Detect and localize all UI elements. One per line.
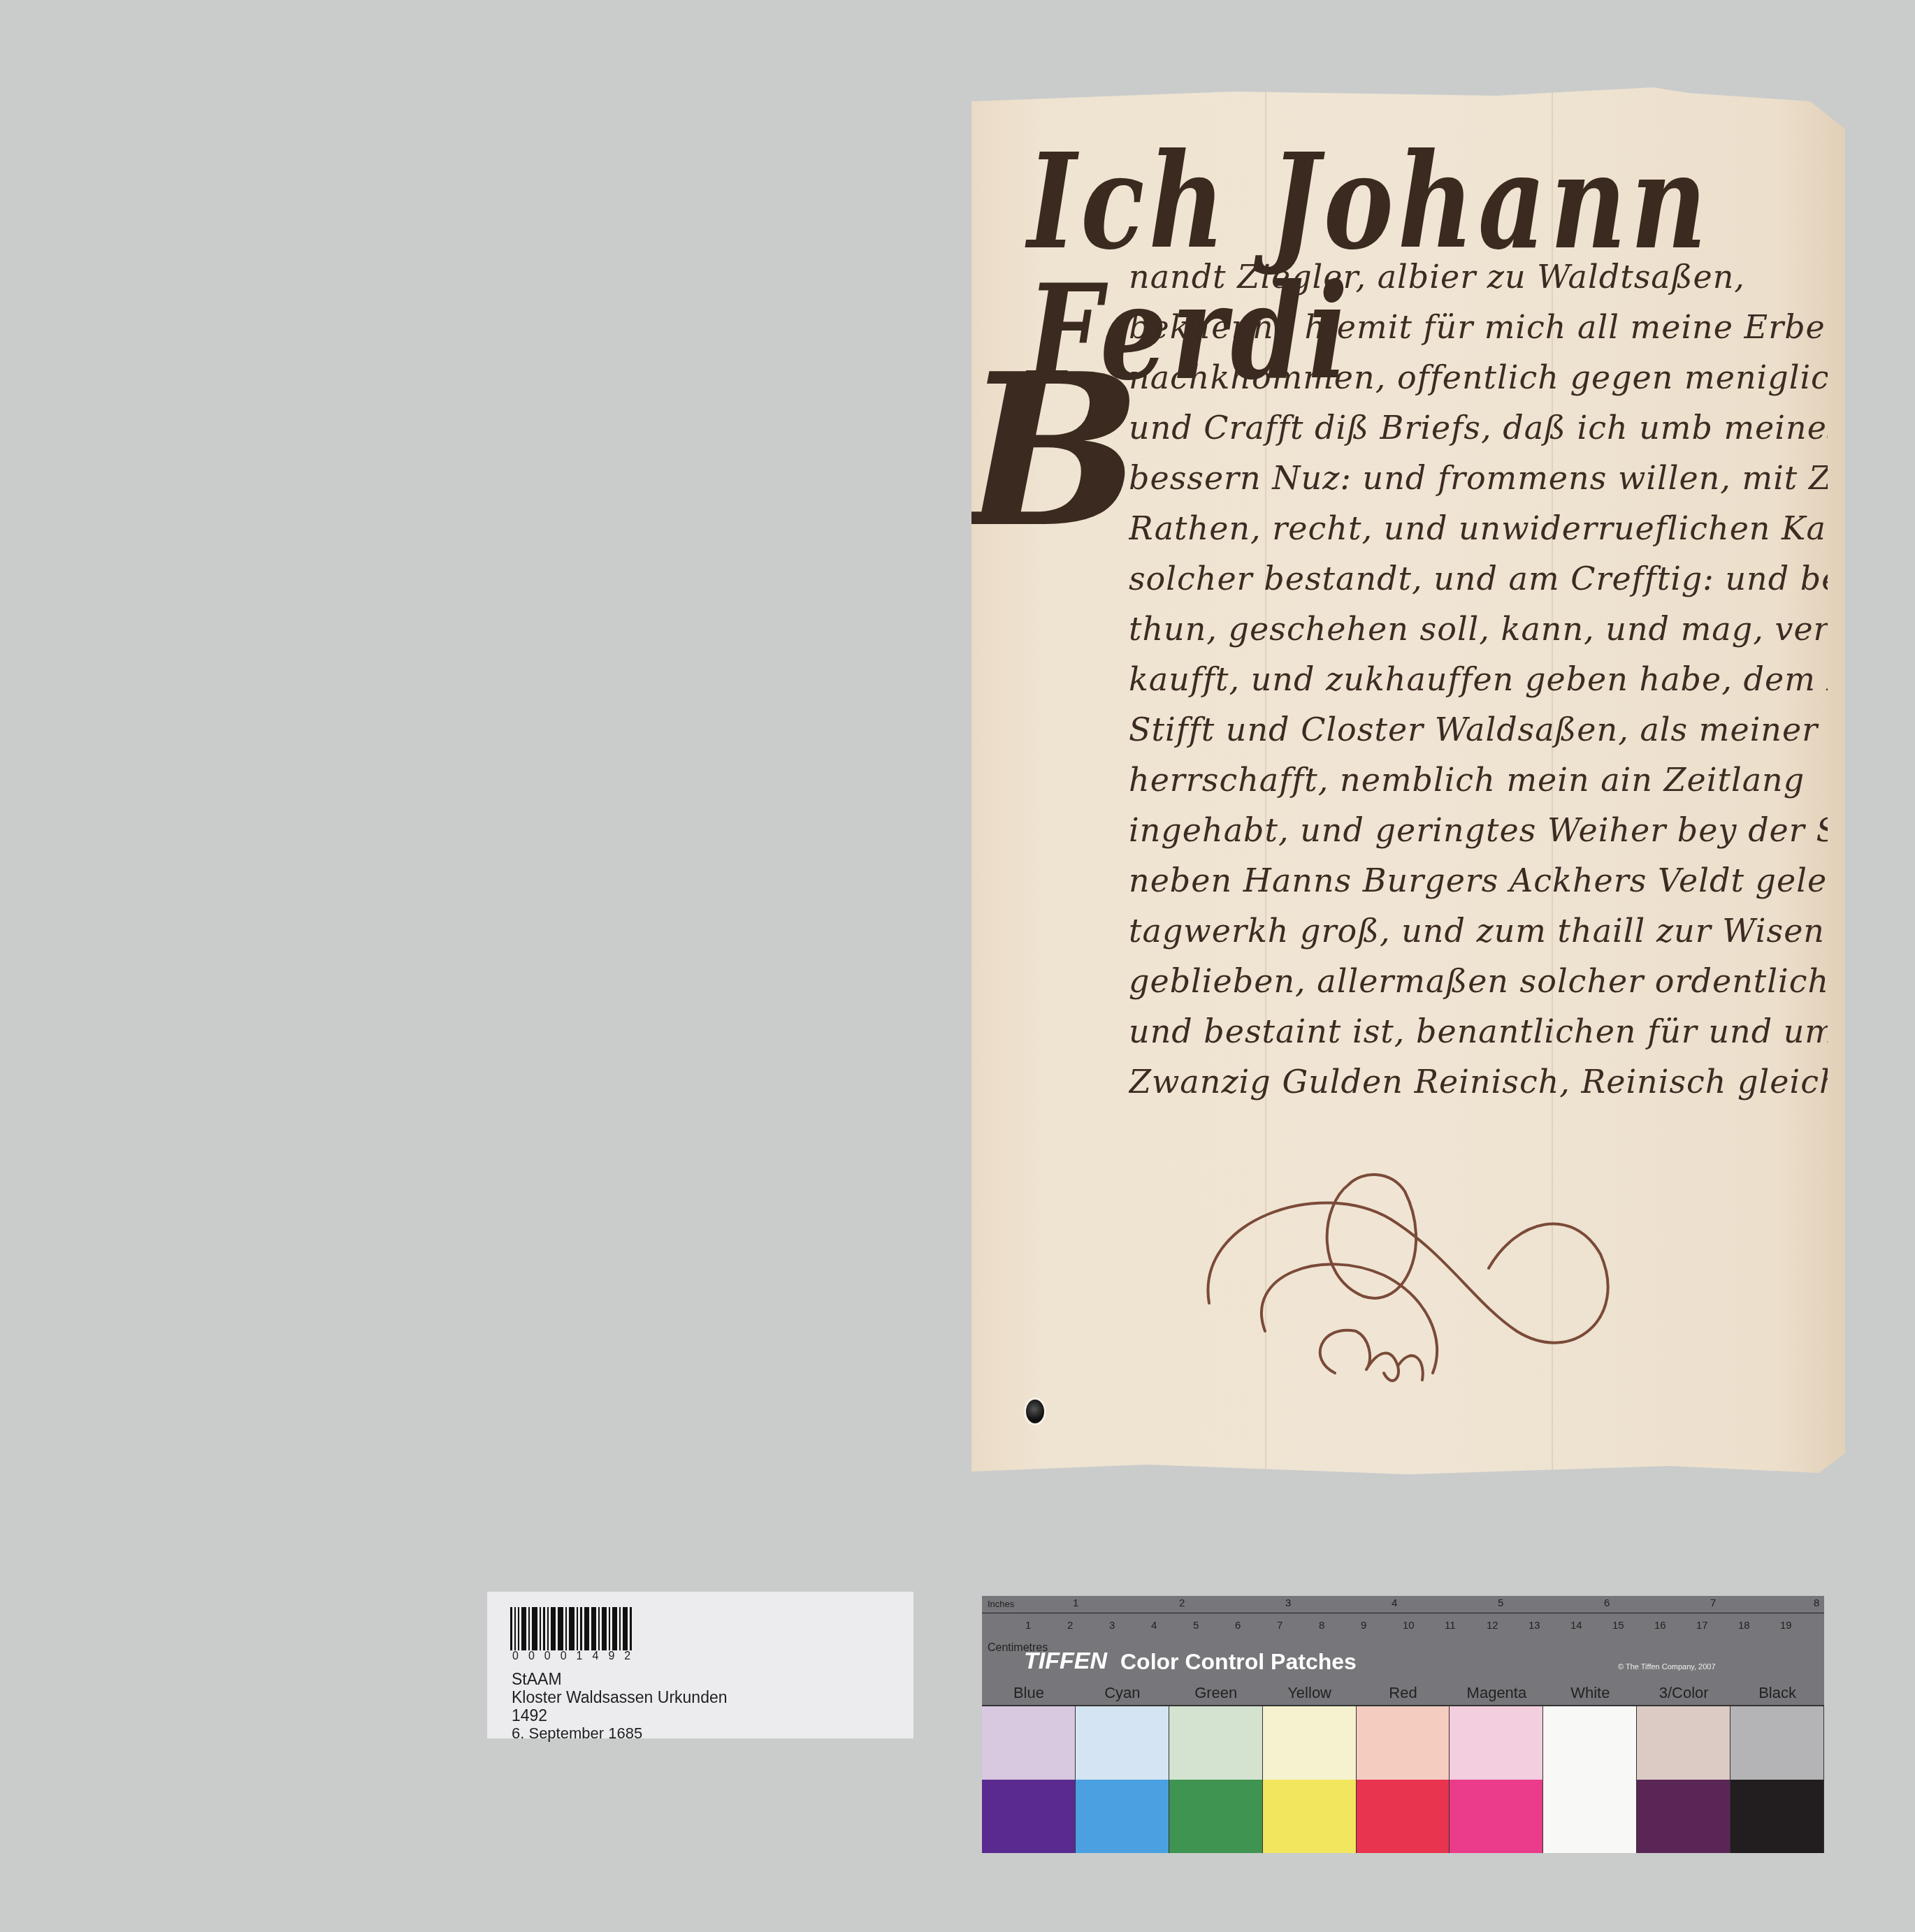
archive-label: 00001492 StAAM Kloster Waldsassen Urkund… [487,1592,913,1738]
color-control-chart: Inches 1 2 3 4 5 6 7 8 1 2 3 4 5 6 7 8 9… [982,1596,1824,1852]
patch-column-green [1169,1706,1263,1853]
patch-label: Magenta [1450,1684,1543,1702]
manuscript-line: nachkhommen, offentlich gegen meniglich … [1129,352,1828,402]
dark-patch [1730,1780,1823,1853]
document-number: 1492 [512,1706,547,1725]
manuscript-line: bekhenne hiemit für mich all meine Erben… [1129,302,1828,352]
light-patch [1730,1706,1823,1780]
light-patch [1169,1706,1262,1780]
light-patch [1357,1706,1450,1780]
manuscript-line: Rathen, recht, und unwiderrueflichen Kau… [1129,503,1828,553]
punch-hole [1024,1397,1046,1425]
dark-patch [1263,1780,1356,1853]
manuscript-body: nandt Ziegler, albier zu Waldtsaßen, bek… [1129,252,1828,1107]
manuscript-line: bessern Nuz: und frommens willen, mit Ze… [1129,453,1828,503]
dark-patch [982,1780,1075,1853]
light-patch [1450,1706,1542,1780]
patch-column-cyan [1076,1706,1169,1853]
manuscript-line: Stifft und Closter Waldsaßen, als meiner… [1129,704,1828,755]
manuscript-line: nandt Ziegler, albier zu Waldtsaßen, [1129,252,1828,302]
chart-title: Color Control Patches [1120,1649,1357,1675]
light-patch [1076,1706,1169,1780]
dark-patch [1357,1780,1450,1853]
patch-label: Cyan [1076,1684,1169,1702]
manuscript-line: und bestaint ist, benantlichen für und u… [1129,1006,1828,1056]
document-date: 6. September 1685 [512,1724,642,1743]
manuscript-line: ingehabt, und geringtes Weiher bey der S… [1129,805,1828,855]
inches-label: Inches [988,1599,1014,1609]
manuscript-line: tagwerkh groß, und zum thaill zur Wisen … [1129,906,1828,956]
barcode-number: 00001492 [512,1650,640,1663]
archive-name: StAAM [512,1670,562,1689]
manuscript-line: geblieben, allermaßen solcher ordentlich… [1129,956,1828,1006]
ruler: Inches 1 2 3 4 5 6 7 8 1 2 3 4 5 6 7 8 9… [982,1596,1824,1645]
light-patch [1543,1706,1636,1780]
collection-name: Kloster Waldsassen Urkunden [512,1688,728,1707]
dark-patch [1637,1780,1730,1853]
patch-column-red [1357,1706,1450,1853]
patch-column-yellow [1263,1706,1357,1853]
signature-flourish-icon [1181,1163,1670,1394]
dark-patch [1543,1780,1636,1853]
dark-patch [1169,1780,1262,1853]
manuscript-line: Zwanzig Gulden Reinisch, Reinisch gleich… [1129,1056,1828,1107]
patch-column-blue [982,1706,1076,1853]
patch-column-white [1543,1706,1637,1853]
color-patches [982,1705,1824,1853]
patch-column-black [1730,1706,1824,1853]
manuscript-line: neben Hanns Burgers Ackhers Veldt gelege… [1129,855,1828,906]
patch-label: Green [1169,1684,1263,1702]
light-patch [1263,1706,1356,1780]
patch-column-3-color [1637,1706,1730,1853]
patch-label: Blue [982,1684,1076,1702]
patch-labels: Blue Cyan Green Yellow Red Magenta White… [982,1684,1824,1702]
light-patch [1637,1706,1730,1780]
patch-label: Red [1357,1684,1450,1702]
dark-patch [1076,1780,1169,1853]
light-patch [982,1706,1075,1780]
copyright: © The Tiffen Company, 2007 [1618,1663,1716,1671]
patch-label: Yellow [1263,1684,1357,1702]
patch-label: Black [1730,1684,1824,1702]
manuscript-line: kaufft, und zukhauffen geben habe, dem L… [1129,654,1828,704]
dark-patch [1450,1780,1542,1853]
manuscript-line: solcher bestandt, und am Crefftig: und b… [1129,553,1828,604]
patch-label: 3/Color [1637,1684,1730,1702]
manuscript-line: herrschafft, nemblich mein ain Zeitlang [1129,755,1828,805]
barcode-icon [510,1607,634,1650]
patch-label: White [1543,1684,1637,1702]
tiffen-logo: TIFFEN [1024,1648,1107,1675]
decorated-initial: B [964,346,1142,555]
patch-column-magenta [1450,1706,1543,1853]
manuscript-line: und Crafft diß Briefs, daß ich umb meine… [1129,402,1828,453]
manuscript-line: thun, geschehen soll, kann, und mag, ver… [1129,604,1828,654]
manuscript-sheet: Ich Johann Ferdi B nandt Ziegler, albier… [971,87,1845,1481]
